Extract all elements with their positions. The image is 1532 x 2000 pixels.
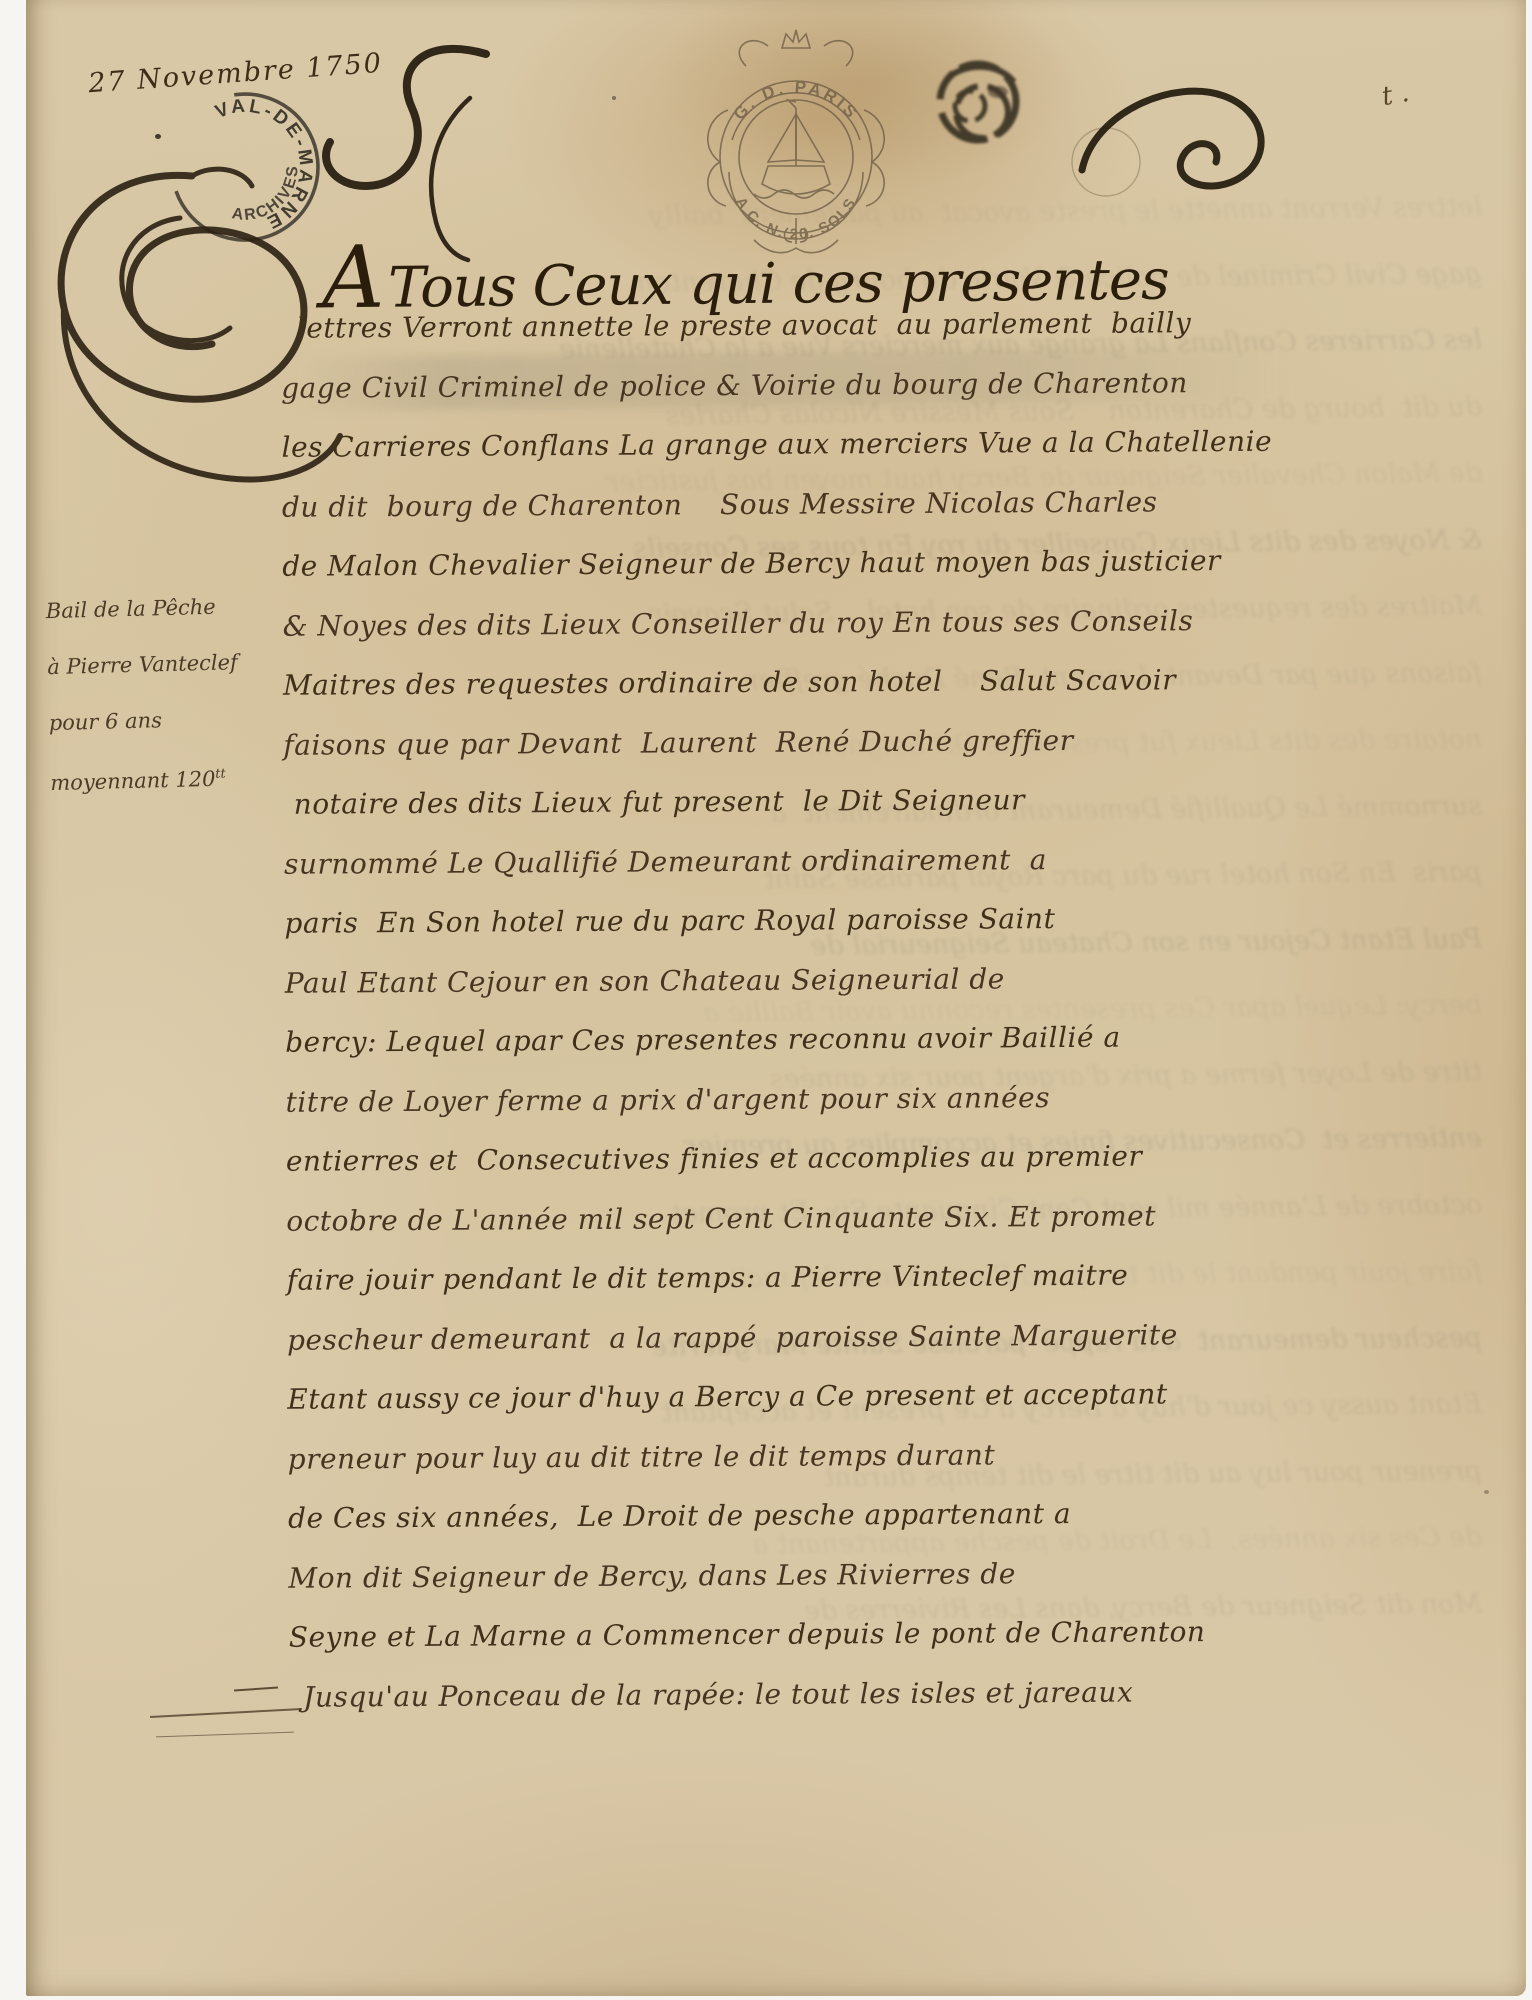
margin-note-amount: moyennant 120	[50, 767, 216, 795]
ink-speck	[1484, 1490, 1489, 1494]
margin-note-line: pour 6 ans	[48, 689, 289, 751]
margin-note-line: Bail de la Pêche	[45, 577, 286, 639]
manuscript-line: & Noyes des dits Lieux Conseiller du roy…	[282, 591, 1187, 656]
corner-mark: t .	[1380, 78, 1412, 112]
manuscript-scan: lettres Verront annette le preste avocat…	[0, 0, 1532, 2000]
manuscript-line: Etant aussy ce jour d'huy a Bercy a Ce p…	[287, 1364, 1192, 1429]
body-text: lettres Verront annette le preste avocat…	[281, 293, 1195, 1727]
manuscript-line: pescheur demeurant a la rappé paroisse S…	[287, 1305, 1192, 1370]
manuscript-line: Paul Etant Cejour en son Chateau Seigneu…	[285, 948, 1190, 1013]
manuscript-line: les Carrieres Conflans La grange aux mer…	[281, 412, 1186, 477]
manuscript-line: faire jouir pendant le dit temps: a Pier…	[286, 1245, 1191, 1310]
manuscript-line: faisons que par Devant Laurent René Duch…	[283, 710, 1188, 775]
manuscript-line: bercy: Lequel apar Ces presentes reconnu…	[285, 1007, 1190, 1072]
manuscript-line: Maitres des requestes ordinaire de son h…	[283, 650, 1188, 715]
margin-note: Bail de la Pêche à Pierre Vanteclef pour…	[45, 577, 291, 807]
manuscript-line: Jusqu'au Ponceau de la rapée: le tout le…	[303, 1662, 1194, 1727]
margin-note-line: moyennant 120tt	[50, 745, 291, 807]
ink-speck	[612, 96, 616, 100]
smudged-control-stamp	[920, 52, 1040, 172]
manuscript-line: de Malon Chevalier Seigneur de Bercy hau…	[282, 531, 1187, 596]
manuscript-line: lettres Verront annette le preste avocat…	[297, 293, 1186, 358]
calligraphic-flourish-right	[1066, 70, 1281, 215]
livres-superscript: tt	[215, 767, 226, 782]
paris-ship-icon	[754, 100, 834, 198]
manuscript-line: Mon dit Seigneur de Bercy, dans Les Rivi…	[288, 1543, 1193, 1608]
manuscript-line: du dit bourg de Charenton Sous Messire N…	[282, 472, 1187, 537]
manuscript-line: Seyne et La Marne a Commencer depuis le …	[289, 1602, 1194, 1667]
manuscript-line: paris En Son hotel rue du parc Royal par…	[284, 888, 1189, 953]
stamp-crown-icon	[782, 30, 810, 48]
manuscript-line: surnommé Le Quallifié Demeurant ordinair…	[284, 829, 1189, 894]
manuscript-line: titre de Loyer ferme a prix d'argent pou…	[285, 1067, 1190, 1132]
manuscript-line: preneur pour luy au dit titre le dit tem…	[288, 1424, 1193, 1489]
margin-note-line: à Pierre Vanteclef	[47, 633, 288, 695]
manuscript-line: de Ces six années, Le Droit de pesche ap…	[288, 1483, 1193, 1548]
manuscript-line: gage Civil Criminel de police & Voirie d…	[281, 353, 1186, 418]
manuscript-line: entierres et Consecutives finies et acco…	[286, 1126, 1191, 1191]
manuscript-line: octobre de L'année mil sept Cent Cinquan…	[286, 1186, 1191, 1251]
manuscript-line: notaire des dits Lieux fut present le Di…	[294, 769, 1189, 834]
